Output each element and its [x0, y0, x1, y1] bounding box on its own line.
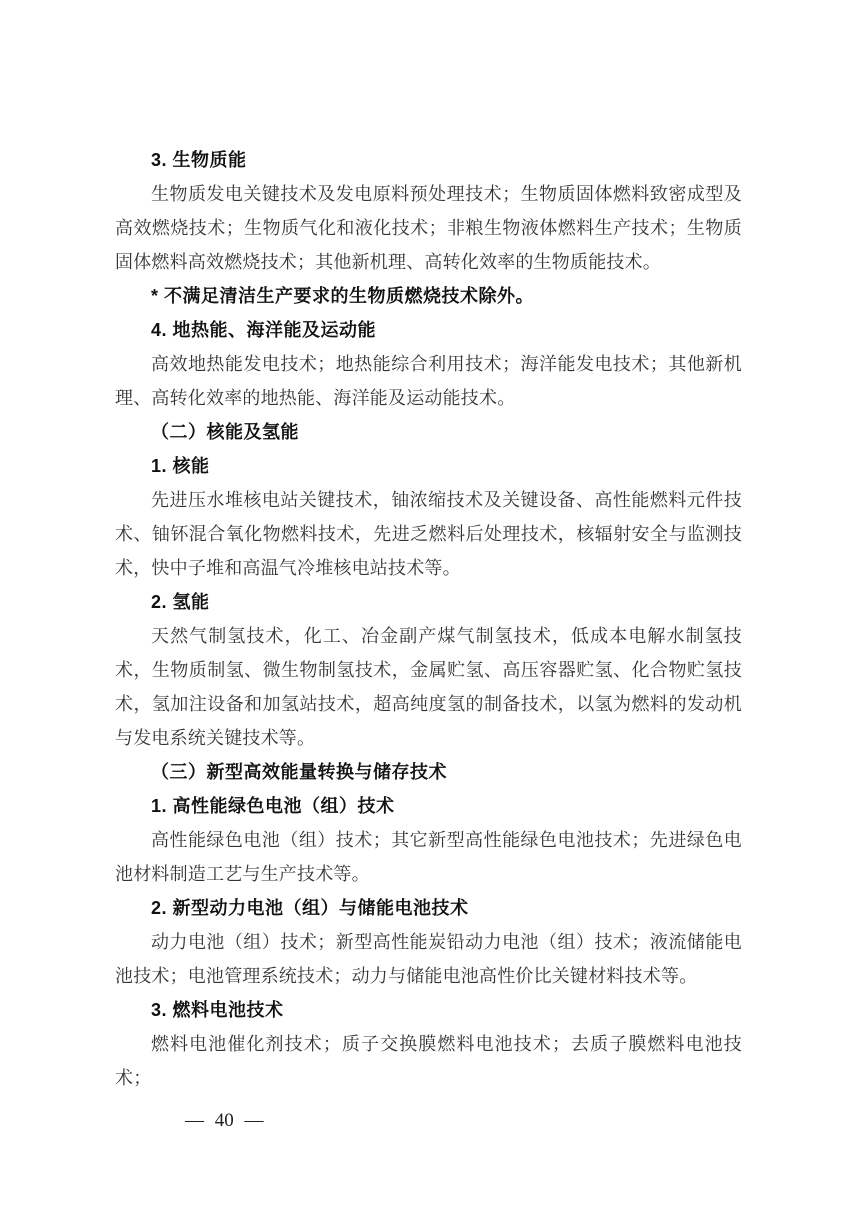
heading-green-battery: 1. 高性能绿色电池（组）技术: [115, 789, 742, 823]
document-page: 3. 生物质能 生物质发电关键技术及发电原料预处理技术；生物质固体燃料致密成型及…: [0, 0, 860, 1216]
paragraph-nuclear-energy: 先进压水堆核电站关键技术，铀浓缩技术及关键设备、高性能燃料元件技术、铀钚混合氧化…: [115, 483, 742, 585]
heading-nuclear-energy: 1. 核能: [115, 449, 742, 483]
paragraph-green-battery: 高性能绿色电池（组）技术；其它新型高性能绿色电池技术；先进绿色电池材料制造工艺与…: [115, 823, 742, 891]
paragraph-power-storage-battery: 动力电池（组）技术；新型高性能炭铅动力电池（组）技术；液流储能电池技术；电池管理…: [115, 925, 742, 993]
page-number: — 40 —: [185, 1110, 264, 1131]
paragraph-biomass-energy: 生物质发电关键技术及发电原料预处理技术；生物质固体燃料致密成型及高效燃烧技术；生…: [115, 177, 742, 279]
heading-fuel-cell: 3. 燃料电池技术: [115, 993, 742, 1027]
heading-power-storage-battery: 2. 新型动力电池（组）与储能电池技术: [115, 891, 742, 925]
heading-hydrogen-energy: 2. 氢能: [115, 585, 742, 619]
heading-geothermal-ocean-kinetic-energy: 4. 地热能、海洋能及运动能: [115, 313, 742, 347]
heading-biomass-energy: 3. 生物质能: [115, 143, 742, 177]
paragraph-hydrogen-energy: 天然气制氢技术，化工、冶金副产煤气制氢技术，低成本电解水制氢技术，生物质制氢、微…: [115, 619, 742, 755]
paragraph-geothermal-ocean-kinetic-energy: 高效地热能发电技术；地热能综合利用技术；海洋能发电技术；其他新机理、高转化效率的…: [115, 347, 742, 415]
heading-nuclear-hydrogen-section: （二）核能及氢能: [115, 415, 742, 449]
heading-energy-conversion-storage-section: （三）新型高效能量转换与储存技术: [115, 755, 742, 789]
page-footer: — 40 —: [142, 1082, 264, 1160]
note-biomass-exclusion: * 不满足清洁生产要求的生物质燃烧技术除外。: [115, 279, 742, 313]
document-body: 3. 生物质能 生物质发电关键技术及发电原料预处理技术；生物质固体燃料致密成型及…: [115, 143, 742, 1095]
